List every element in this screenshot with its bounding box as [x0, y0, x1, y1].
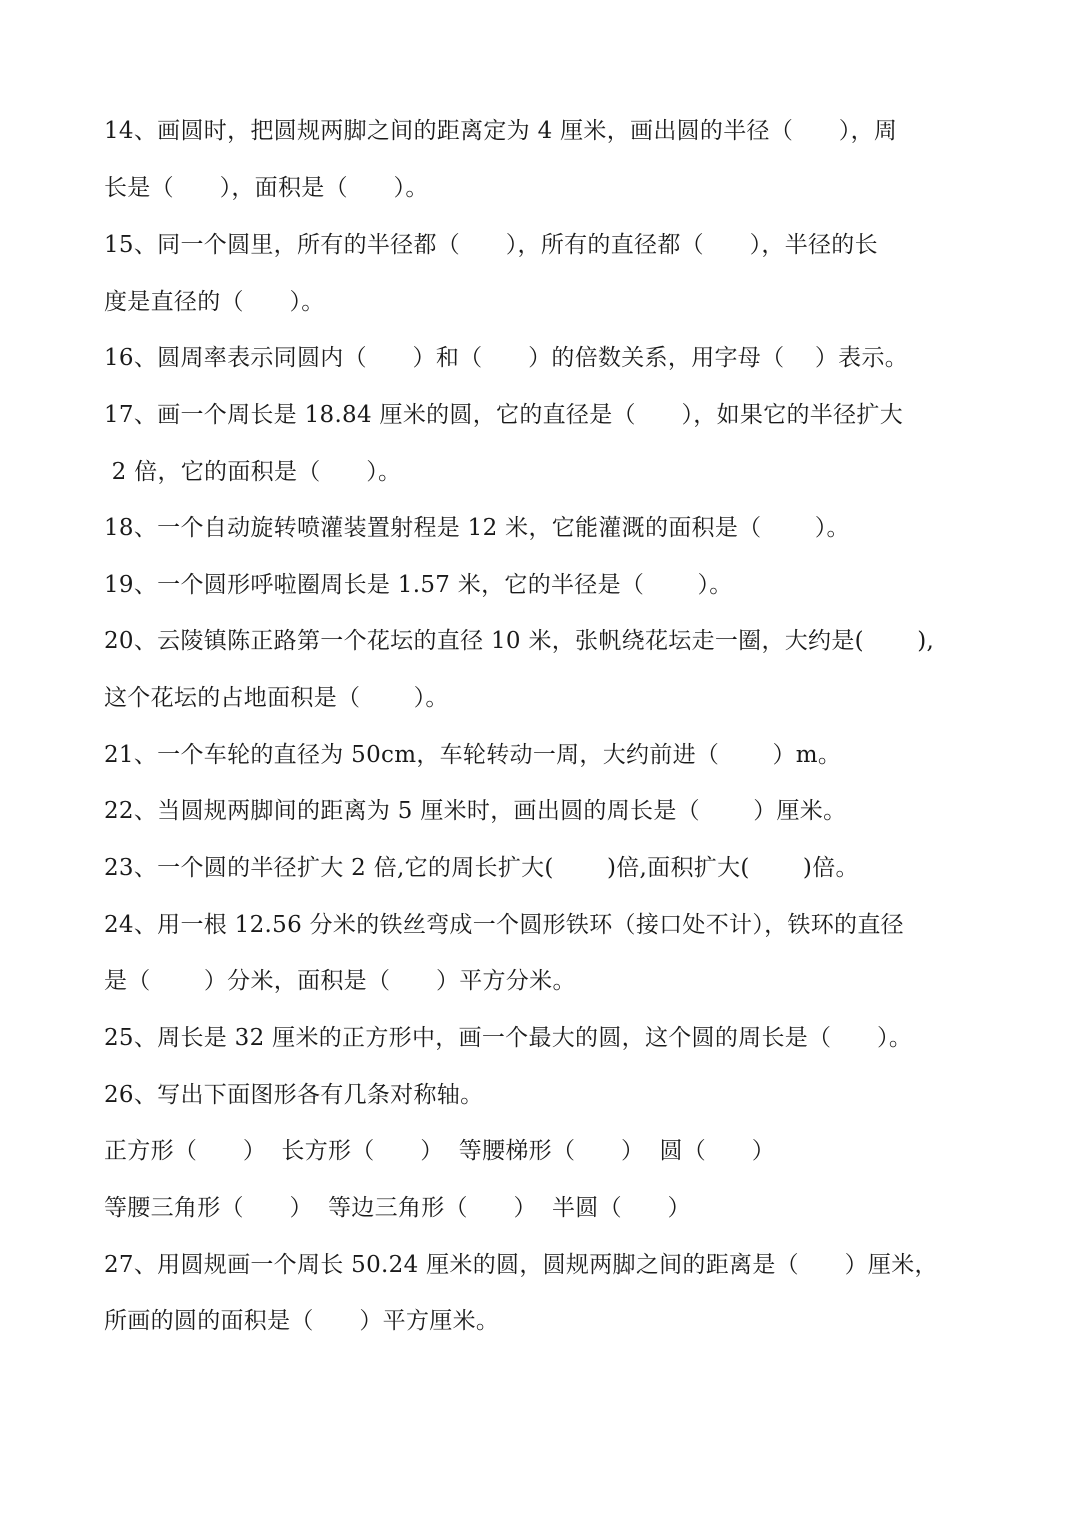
worksheet-page: 14、画圆时，把圆规两脚之间的距离定为 4 厘米，画出圆的半径（ ），周 长是（… — [0, 0, 1080, 1527]
question-27-line-2: 所画的圆的面积是（ ）平方厘米。 — [104, 1301, 974, 1341]
question-14-line-1: 14、画圆时，把圆规两脚之间的距离定为 4 厘米，画出圆的半径（ ），周 — [104, 111, 974, 151]
question-26-shapes-row-1: 正方形（ ） 长方形（ ） 等腰梯形（ ） 圆（ ） — [104, 1131, 974, 1171]
question-22: 22、当圆规两脚间的距离为 5 厘米时，画出圆的周长是（ ）厘米。 — [104, 791, 974, 831]
question-26: 26、写出下面图形各有几条对称轴。 — [104, 1075, 974, 1115]
question-18: 18、一个自动旋转喷灌装置射程是 12 米，它能灌溉的面积是（ ）。 — [104, 508, 974, 548]
question-17-line-1: 17、画一个周长是 18.84 厘米的圆，它的直径是（ ），如果它的半径扩大 — [104, 395, 974, 435]
question-17-line-2: 2 倍，它的面积是（ ）。 — [104, 452, 974, 492]
question-25: 25、周长是 32 厘米的正方形中，画一个最大的圆，这个圆的周长是（ ）。 — [104, 1018, 974, 1058]
question-14-line-2: 长是（ ），面积是（ ）。 — [104, 168, 974, 208]
question-15-line-1: 15、同一个圆里，所有的半径都（ ），所有的直径都（ ），半径的长 — [104, 225, 974, 265]
question-26-shapes-row-2: 等腰三角形（ ） 等边三角形（ ） 半圆（ ） — [104, 1188, 974, 1228]
question-20-line-1: 20、云陵镇陈正路第一个花坛的直径 10 米，张帆绕花坛走一圈，大约是( ), — [104, 621, 974, 661]
question-19: 19、一个圆形呼啦圈周长是 1.57 米，它的半径是（ ）。 — [104, 565, 974, 605]
question-15-line-2: 度是直径的（ ）。 — [104, 282, 974, 322]
question-16: 16、圆周率表示同圆内（ ）和（ ）的倍数关系，用字母（ ）表示。 — [104, 338, 974, 378]
question-24-line-1: 24、用一根 12.56 分米的铁丝弯成一个圆形铁环（接口处不计），铁环的直径 — [104, 905, 974, 945]
question-23: 23、一个圆的半径扩大 2 倍,它的周长扩大( )倍,面积扩大( )倍。 — [104, 848, 974, 888]
question-24-line-2: 是（ ）分米，面积是（ ）平方分米。 — [104, 961, 974, 1001]
question-20-line-2: 这个花坛的占地面积是（ ）。 — [104, 678, 974, 718]
question-27-line-1: 27、用圆规画一个周长 50.24 厘米的圆，圆规两脚之间的距离是（ ）厘米， — [104, 1245, 974, 1285]
question-21: 21、一个车轮的直径为 50cm，车轮转动一周，大约前进（ ）m。 — [104, 735, 974, 775]
